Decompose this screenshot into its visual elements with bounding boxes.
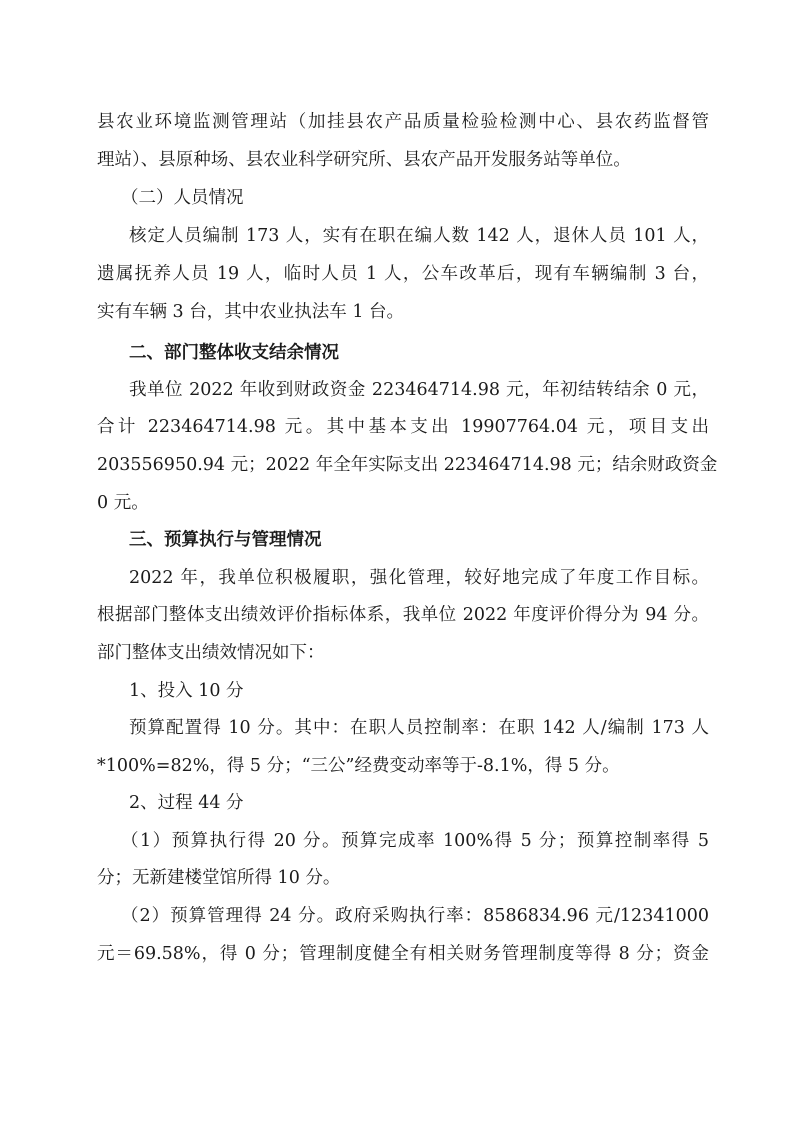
paragraph-line-budget-3: 部门整体支出绩效情况如下： — [97, 641, 709, 665]
paragraph-line-process-4: 元＝69.58%，得 0 分；管理制度健全有相关财务管理制度等得 8 分；资金 — [97, 942, 709, 966]
document-page: 县农业环境监测管理站（加挂县农产品质量检验检测中心、县农药监督管 理站）、县原种… — [0, 0, 793, 1122]
paragraph-line-personnel-1: 核定人员编制 173 人，实有在职在编人数 142 人，退休人员 101 人， — [129, 224, 709, 248]
paragraph-line-input-2: *100%=82%，得 5 分；“三公”经费变动率等于-8.1%，得 5 分。 — [97, 754, 709, 778]
paragraph-line-finance-4: 0 元。 — [97, 491, 709, 515]
paragraph-line-process-1: （1）预算执行得 20 分。预算完成率 100%得 5 分；预算控制率得 5 — [121, 829, 709, 853]
paragraph-line-units-2: 理站）、县原种场、县农业科学研究所、县农产品开发服务站等单位。 — [97, 148, 709, 172]
section-heading-income-expenditure: 二、部门整体收支结余情况 — [129, 341, 741, 365]
paragraph-line-finance-2: 合计 223464714.98 元。其中基本支出 19907764.04 元，项… — [97, 415, 709, 439]
paragraph-line-budget-2: 根据部门整体支出绩效评价指标体系，我单位 2022 年度评价得分为 94 分。 — [97, 603, 709, 627]
list-item-process-score: 2、过程 44 分 — [129, 791, 709, 815]
list-item-input-score: 1、投入 10 分 — [129, 679, 709, 703]
paragraph-line-input-1: 预算配置得 10 分。其中：在职人员控制率：在职 142 人/编制 173 人 — [129, 716, 709, 740]
subheading-personnel: （二）人员情况 — [121, 186, 709, 210]
paragraph-line-personnel-3: 实有车辆 3 台，其中农业执法车 1 台。 — [97, 300, 709, 324]
paragraph-line-finance-3: 203556950.94 元；2022 年全年实际支出 223464714.98… — [97, 453, 709, 477]
paragraph-line-budget-1: 2022 年，我单位积极履职，强化管理，较好地完成了年度工作目标。 — [129, 566, 709, 590]
paragraph-line-units-1: 县农业环境监测管理站（加挂县农产品质量检验检测中心、县农药监督管 — [97, 110, 709, 134]
section-heading-budget-execution: 三、预算执行与管理情况 — [129, 528, 741, 552]
paragraph-line-finance-1: 我单位 2022 年收到财政资金 223464714.98 元，年初结转结余 0… — [129, 378, 709, 402]
paragraph-line-process-2: 分；无新建楼堂馆所得 10 分。 — [97, 866, 709, 890]
paragraph-line-process-3: （2）预算管理得 24 分。政府采购执行率：8586834.96 元/12341… — [121, 904, 709, 928]
paragraph-line-personnel-2: 遗属抚养人员 19 人，临时人员 1 人，公车改革后，现有车辆编制 3 台， — [97, 262, 709, 286]
